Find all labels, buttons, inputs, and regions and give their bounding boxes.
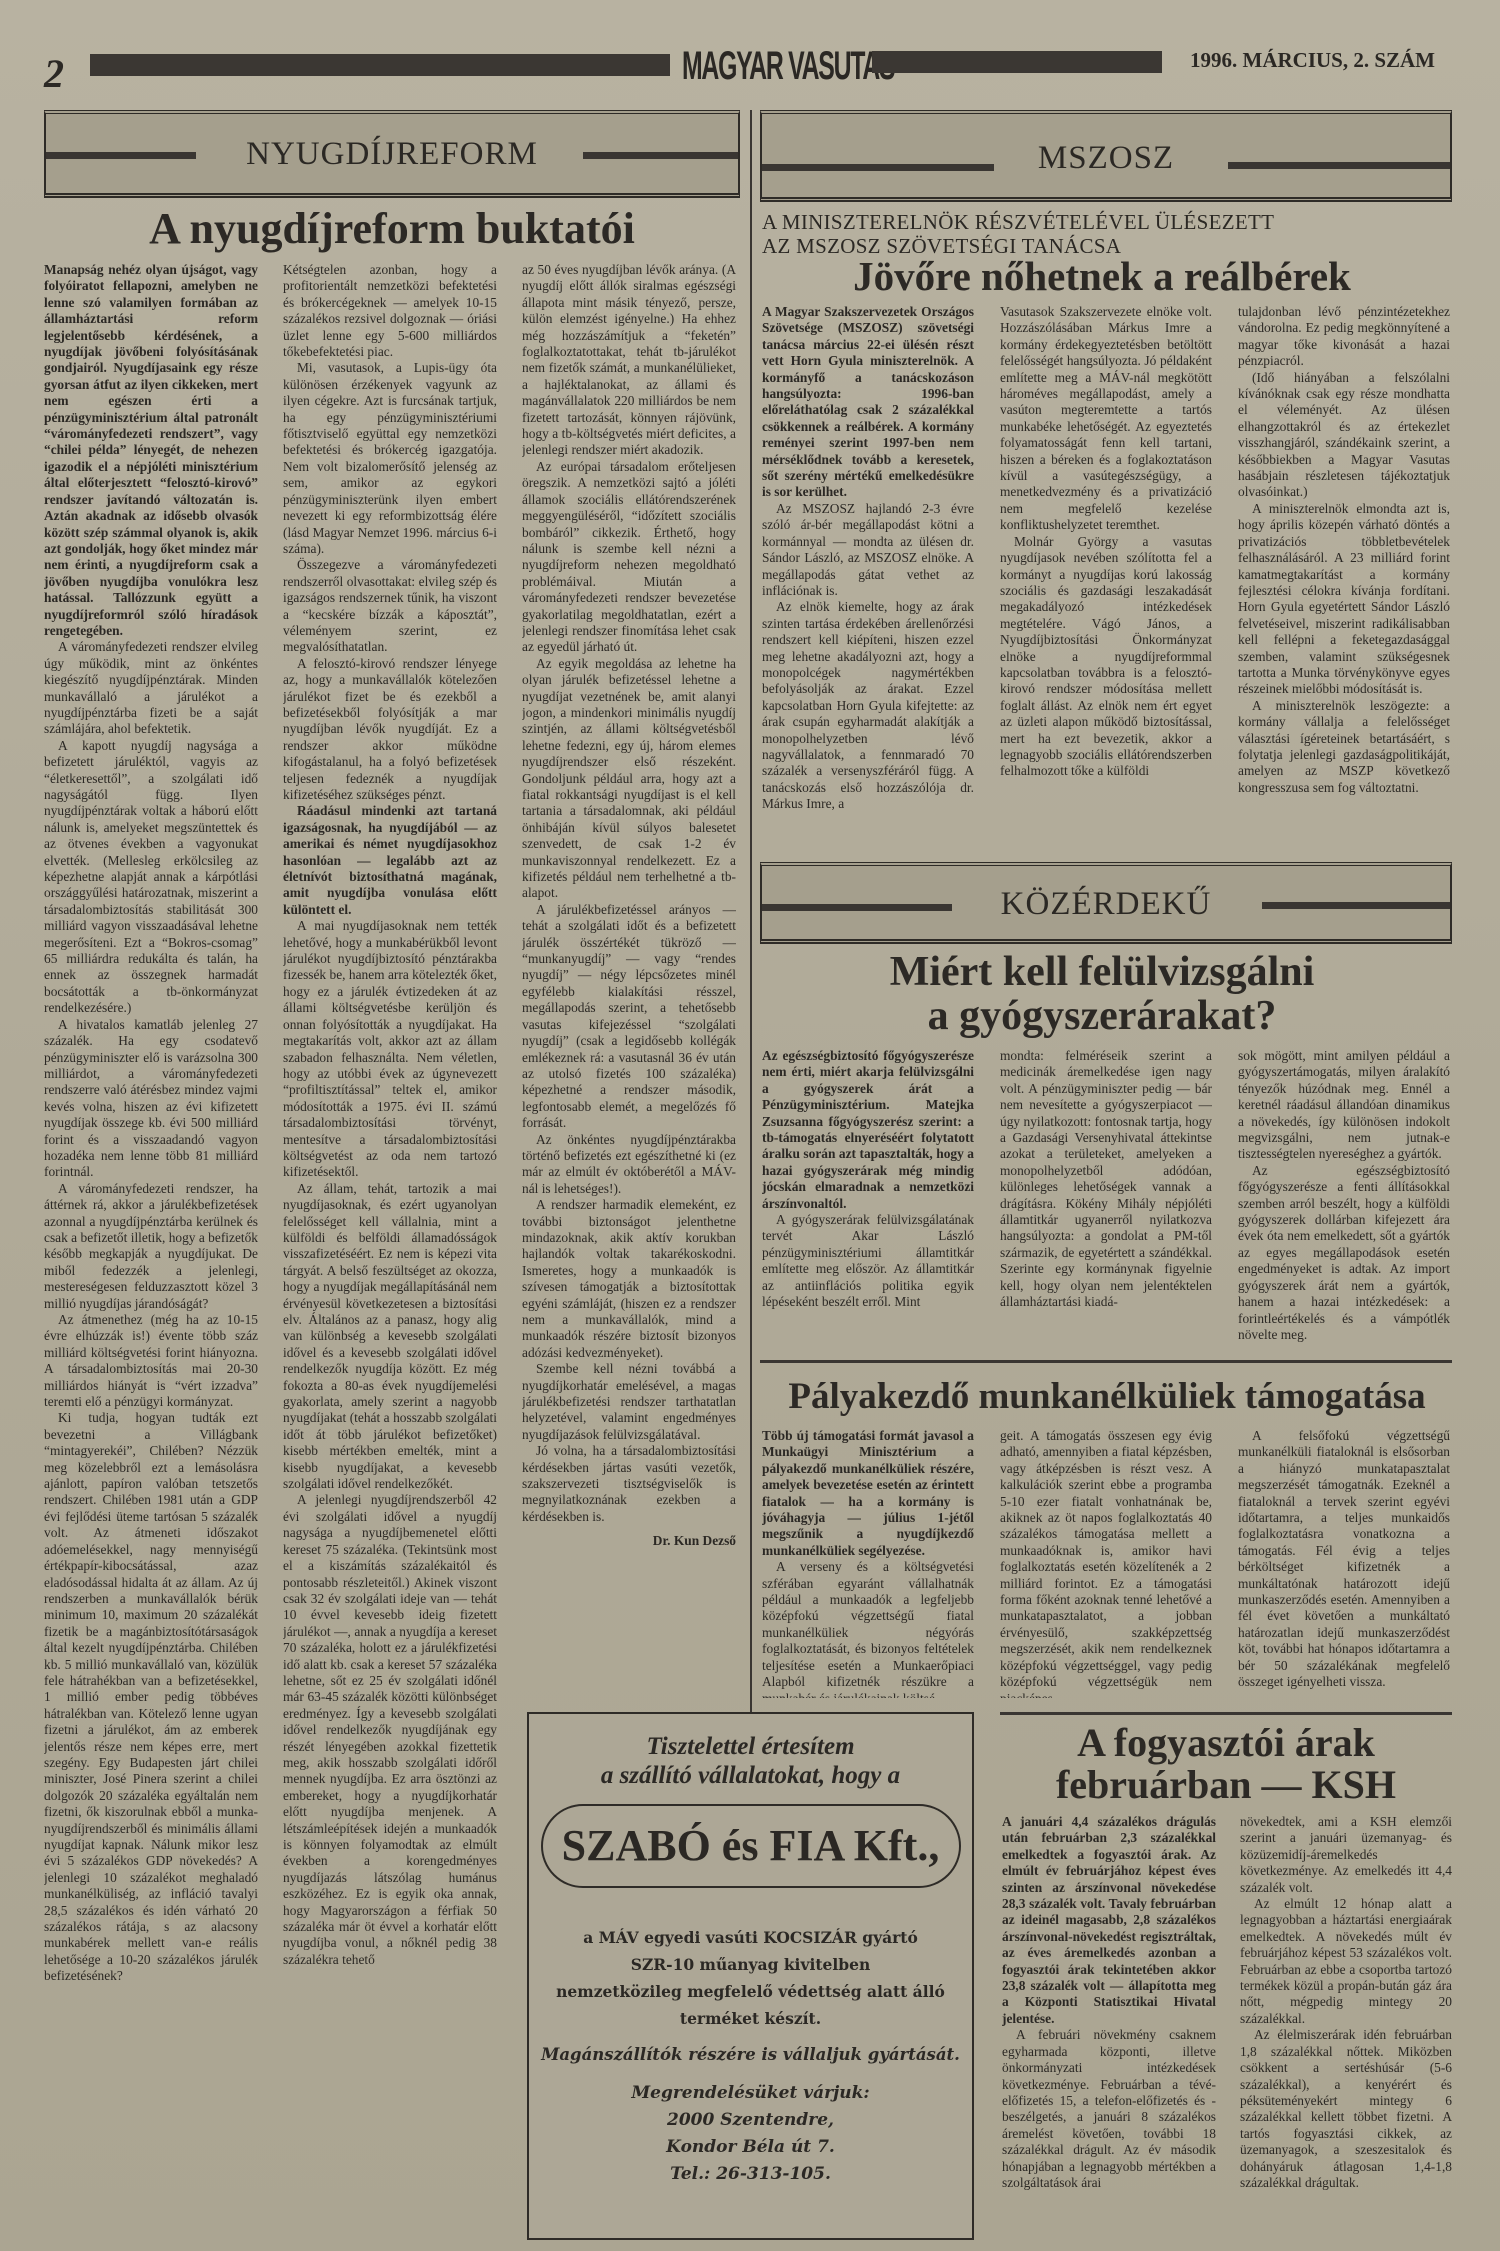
ad-phone: Tel.: 26-313-105. <box>529 2161 972 2188</box>
ad-body-line: nemzetközileg megfelelő védettség alatt … <box>529 1978 972 2005</box>
paragraph: A miniszterelnök leszögezte: a kormány v… <box>1238 698 1450 796</box>
paragraph: A mai nyugdíjasoknak nem tették lehetővé… <box>283 918 497 1181</box>
paragraph: Vasutasok Szakszervezete elnöke volt. Ho… <box>1000 304 1212 534</box>
article-column-1: Több új támogatási formát javasol a Munk… <box>762 1428 974 1698</box>
ad-intro: Tisztelettel értesítem a szállító vállal… <box>529 1732 972 1790</box>
lead-paragraph: A januári 4,4 százalékos drágulás után f… <box>1002 1814 1216 2027</box>
ad-private-note: Magánszállítók részére is vállaljuk gyár… <box>529 2042 972 2068</box>
article-column-2: Kétségtelen azonban, hogy a profitorient… <box>283 262 497 2247</box>
paragraph: A felsőfokú végzettségű munkanélküli fia… <box>1238 1428 1450 1691</box>
headline-line: a gyógyszerárakat? <box>762 994 1442 1038</box>
section-rule-right <box>583 152 738 159</box>
paragraph: Molnár György a vasutas nyugdíjasok nevé… <box>1000 534 1212 780</box>
headline-line: A fogyasztói árak <box>1000 1722 1452 1764</box>
article-kicker: A MINISZTERELNÖK RÉSZVÉTELÉVEL ÜLÉSEZETT… <box>762 210 1442 258</box>
article-column-1: A Magyar Szakszervezetek Országos Szövet… <box>762 304 974 844</box>
section-divider <box>1000 1712 1452 1715</box>
issue-date: 1996. MÁRCIUS, 2. SZÁM <box>1190 48 1435 73</box>
section-divider <box>760 1360 1452 1363</box>
headline-line: februárban — KSH <box>1000 1764 1452 1806</box>
lead-paragraph: Az egészségbiztosító főgyógyszerésze nem… <box>762 1048 974 1212</box>
paragraph: Az egyik megoldása az lehetne ha olyan j… <box>522 656 736 902</box>
article-column-2: mondta: felméréseik szerint a medicinák … <box>1000 1048 1212 1348</box>
article-headline: Jövőre nőhetnek a reálbérek <box>762 255 1442 298</box>
paragraph: A járulékbefizetéssel arányos — tehát a … <box>522 902 736 1132</box>
page-number: 2 <box>44 50 64 97</box>
paragraph: tulajdonban lévő pénzintézetekhez vándor… <box>1238 304 1450 370</box>
headline-line: Miért kell felülvizsgálni <box>762 950 1442 994</box>
paragraph: A hivatalos kamatláb jelenleg 27 százalé… <box>44 1017 258 1181</box>
paragraph: A kapott nyugdíj nagysága a befizetett j… <box>44 738 258 1017</box>
masthead: 2 MAGYAR VASUTAS 1996. MÁRCIUS, 2. SZÁM <box>30 42 1470 92</box>
section-label: MSZOSZ <box>762 140 1450 177</box>
article-column-1: Manapság nehéz olyan újságot, vagy folyó… <box>44 262 258 2247</box>
lead-paragraph: Több új támogatási formát javasol a Munk… <box>762 1428 974 1559</box>
article-column-2: növekedtek, ami a KSH elemzői szerint a … <box>1240 1814 1452 2244</box>
article-headline: A nyugdíjreform buktatói <box>44 206 740 252</box>
ad-intro-line: a szállító vállalatokat, hogy a <box>529 1761 972 1790</box>
company-name-banner: SZABÓ és FIA Kft., <box>541 1804 961 1888</box>
paragraph: A miniszterelnök elmondta azt is, hogy á… <box>1238 501 1450 698</box>
section-header-nyugdijreform: NYUGDÍJREFORM <box>44 110 740 198</box>
kicker-line: A MINISZTERELNÖK RÉSZVÉTELÉVEL ÜLÉSEZETT <box>762 210 1442 234</box>
newspaper-page: 2 MAGYAR VASUTAS 1996. MÁRCIUS, 2. SZÁM … <box>0 0 1500 2251</box>
paragraph: Az egészségbiztosító főgyógyszerésze a f… <box>1238 1163 1450 1343</box>
section-rule-right <box>1228 162 1450 169</box>
paragraph: Összegezve a várományfedezeti rendszerrő… <box>283 557 497 655</box>
paragraph: Ki tudja, hogyan tudták ezt bevezetni a … <box>44 1410 258 1984</box>
article-headline: Pályakezdő munkanélküliek támogatása <box>762 1378 1452 1417</box>
paragraph: Az állam, tehát, tartozik a mai nyugdíja… <box>283 1181 497 1493</box>
paragraph: Kétségtelen azonban, hogy a profitorient… <box>283 262 497 360</box>
paragraph: Az európai társadalom erőteljesen öregsz… <box>522 459 736 656</box>
article-headline: A fogyasztói árak februárban — KSH <box>1000 1722 1452 1806</box>
article-column-3: A felsőfokú végzettségű munkanélküli fia… <box>1238 1428 1450 1698</box>
ad-address: 2000 Szentendre, <box>529 2107 972 2134</box>
article-column-2: Vasutasok Szakszervezete elnöke volt. Ho… <box>1000 304 1212 844</box>
section-header-kozerdeku: KÖZÉRDEKŰ <box>760 862 1452 944</box>
paragraph: A verseny és a költségvetési szférában e… <box>762 1559 974 1698</box>
paragraph: A februári növekmény csaknem egyharmada … <box>1002 2027 1216 2191</box>
paragraph: (Idő hiányában a felszólalni kívánóknak … <box>1238 370 1450 501</box>
ad-body-line: SZR-10 műanyag kivitelben <box>529 1951 972 1978</box>
paragraph: az 50 éves nyugdíjban lévők aránya. (A n… <box>522 262 736 459</box>
paragraph: sok mögött, mint amilyen például a gyógy… <box>1238 1048 1450 1163</box>
ad-intro-line: Tisztelettel értesítem <box>529 1732 972 1761</box>
paragraph: Az élelmiszerárak idén februárban 1,8 sz… <box>1240 2027 1452 2191</box>
paragraph: növekedtek, ami a KSH elemzői szerint a … <box>1240 1814 1452 1896</box>
paragraph: Az MSZOSZ hajlandó 2-3 évre szóló ár-bér… <box>762 501 974 599</box>
paragraph: Mi, vasutasok, a Lupis-ügy óta különösen… <box>283 360 497 557</box>
paragraph: A felosztó-kirovó rendszer lényege az, h… <box>283 656 497 804</box>
ad-order-line: Megrendelésüket várjuk: <box>529 2080 972 2107</box>
paragraph: geit. A támogatás összesen egy évig adha… <box>1000 1428 1212 1698</box>
masthead-bar-right <box>872 51 1162 73</box>
ad-address: Kondor Béla út 7. <box>529 2134 972 2161</box>
section-header-mszosz: MSZOSZ <box>760 110 1452 202</box>
article-column-3: tulajdonban lévő pénzintézetekhez vándor… <box>1238 304 1450 844</box>
ad-body: a MÁV egyedi vasúti KOCSIZÁR gyártó SZR-… <box>529 1924 972 2032</box>
paragraph: Szembe kell nézni továbbá a nyugdíjkorha… <box>522 1361 736 1443</box>
article-column-3: az 50 éves nyugdíjban lévők aránya. (A n… <box>522 262 736 1657</box>
paragraph: Ráadásul mindenki azt tartaná igazságosn… <box>283 803 497 918</box>
article-column-1: Az egészségbiztosító főgyógyszerésze nem… <box>762 1048 974 1348</box>
paragraph: A rendszer harmadik elemeként, ez tovább… <box>522 1197 736 1361</box>
lead-paragraph: A Magyar Szakszervezetek Országos Szövet… <box>762 304 974 501</box>
paragraph: mondta: felméréseik szerint a medicinák … <box>1000 1048 1212 1311</box>
article-column-1: A januári 4,4 százalékos drágulás után f… <box>1002 1814 1216 2244</box>
article-column-2: geit. A támogatás összesen egy évig adha… <box>1000 1428 1212 1698</box>
paragraph: Jó volna, ha a társadalombiztosítási kér… <box>522 1443 736 1525</box>
section-rule-right <box>1262 902 1450 909</box>
paragraph: A várományfedezeti rendszer, ha áttérnek… <box>44 1181 258 1312</box>
paragraph: Az elnök kiemelte, hogy az árak szinten … <box>762 599 974 812</box>
article-headline: Miért kell felülvizsgálni a gyógyszerára… <box>762 950 1442 1038</box>
lead-paragraph: Manapság nehéz olyan újságot, vagy folyó… <box>44 262 258 639</box>
ad-body-line: terméket készít. <box>529 2005 972 2032</box>
paragraph: Az elmúlt 12 hónap alatt a legnagyobban … <box>1240 1896 1452 2027</box>
paragraph: A várományfedezeti rendszer elvileg úgy … <box>44 639 258 737</box>
paragraph: Az átmenethez (még ha az 10-15 évre elhú… <box>44 1312 258 1410</box>
paragraph: Az önkéntes nyugdíjpénztárakba történő b… <box>522 1132 736 1198</box>
author-signature: Dr. Kun Dezső <box>522 1533 736 1549</box>
article-column-3: sok mögött, mint amilyen például a gyógy… <box>1238 1048 1450 1348</box>
paragraph: A gyógyszerárak felülvizsgálatának tervé… <box>762 1212 974 1310</box>
ad-body-line: a MÁV egyedi vasúti KOCSIZÁR gyártó <box>529 1924 972 1951</box>
ad-contact: Megrendelésüket várjuk: 2000 Szentendre,… <box>529 2080 972 2188</box>
paragraph: A jelenlegi nyugdíjrendszerből 42 évi sz… <box>283 1492 497 1968</box>
advertisement-box: Tisztelettel értesítem a szállító vállal… <box>527 1712 974 2240</box>
masthead-bar-left <box>90 54 670 76</box>
publication-title: MAGYAR VASUTAS <box>682 44 894 89</box>
